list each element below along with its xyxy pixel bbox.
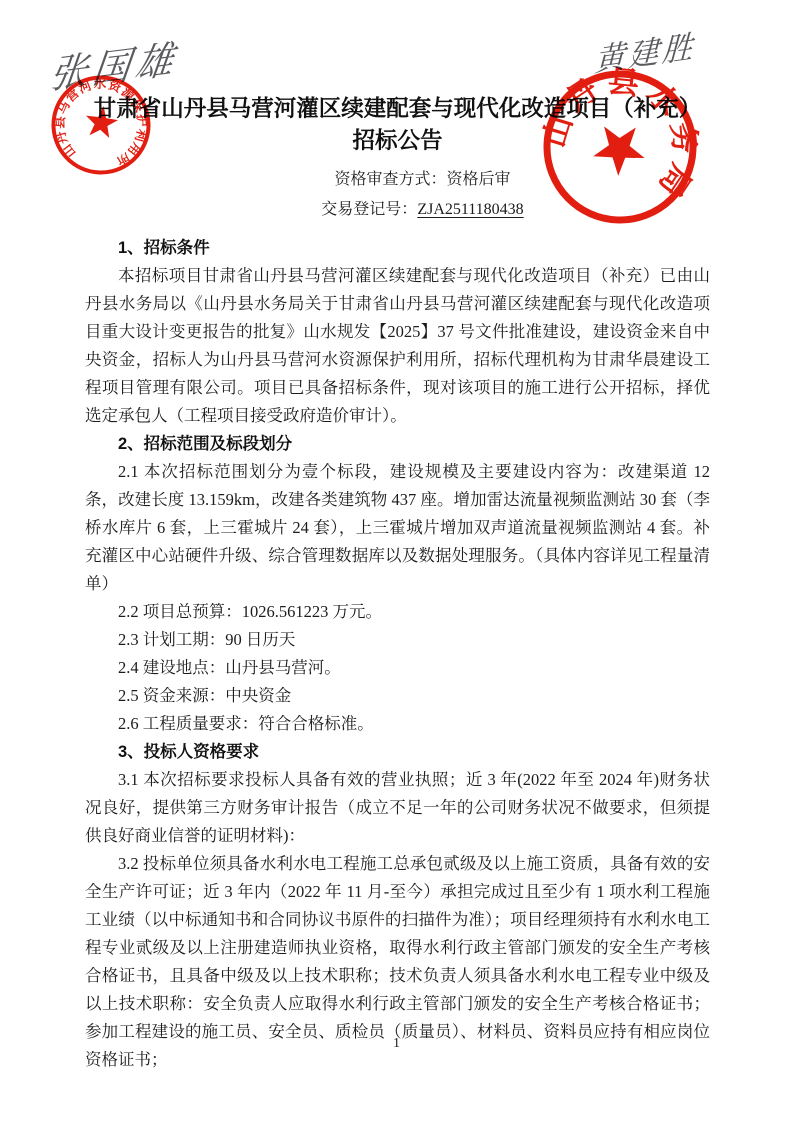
qualification-review-value: 资格后审 — [447, 171, 511, 188]
page-number: 1 — [0, 1036, 793, 1052]
transaction-registry-label: 交易登记号： — [321, 201, 417, 218]
document-body: 1、招标条件 本招标项目甘肃省山丹县马营河灌区续建配套与现代化改造项目（补充）已… — [85, 234, 710, 1074]
document-page: 甘肃省山丹县马营河灌区续建配套与现代化改造项目（补充） 招标公告 资格审查方式：… — [0, 0, 793, 1122]
round-red-seal-right: 山丹县水务局 — [540, 67, 700, 227]
seal-star-icon — [83, 104, 119, 139]
section-paragraph: 2.4 建设地点：山丹县马营河。 — [85, 654, 710, 682]
transaction-registry-value: ZJA2511180438 — [417, 201, 523, 218]
section-heading: 2、招标范围及标段划分 — [85, 430, 710, 458]
section-paragraph: 2.6 工程质量要求：符合合格标准。 — [85, 710, 710, 738]
section-heading: 1、招标条件 — [85, 234, 710, 262]
section-paragraph: 2.2 项目总预算：1026.561223 万元。 — [85, 598, 710, 626]
round-red-seal-left: 山丹县马营河水资源保护利用所 — [49, 73, 153, 177]
section-paragraph: 3.1 本次招标要求投标人具备有效的营业执照；近 3 年(2022 年至 202… — [85, 766, 710, 850]
seal-star-icon — [586, 112, 657, 182]
section-paragraph: 2.3 计划工期：90 日历天 — [85, 626, 710, 654]
section-bidder-qualifications: 3、投标人资格要求 3.1 本次招标要求投标人具备有效的营业执照；近 3 年(2… — [85, 738, 710, 1074]
section-tender-scope: 2、招标范围及标段划分 2.1 本次招标范围划分为壹个标段，建设规模及主要建设内… — [85, 430, 710, 738]
section-paragraph: 2.5 资金来源：中央资金 — [85, 682, 710, 710]
section-heading: 3、投标人资格要求 — [85, 738, 710, 766]
section-tender-conditions: 1、招标条件 本招标项目甘肃省山丹县马营河灌区续建配套与现代化改造项目（补充）已… — [85, 234, 710, 430]
section-paragraph: 本招标项目甘肃省山丹县马营河灌区续建配套与现代化改造项目（补充）已由山丹县水务局… — [85, 262, 710, 430]
section-paragraph: 2.1 本次招标范围划分为壹个标段，建设规模及主要建设内容为：改建渠道 12 条… — [85, 458, 710, 598]
title-line-2: 招标公告 — [352, 128, 442, 153]
qualification-review-label: 资格审查方式： — [334, 171, 446, 188]
